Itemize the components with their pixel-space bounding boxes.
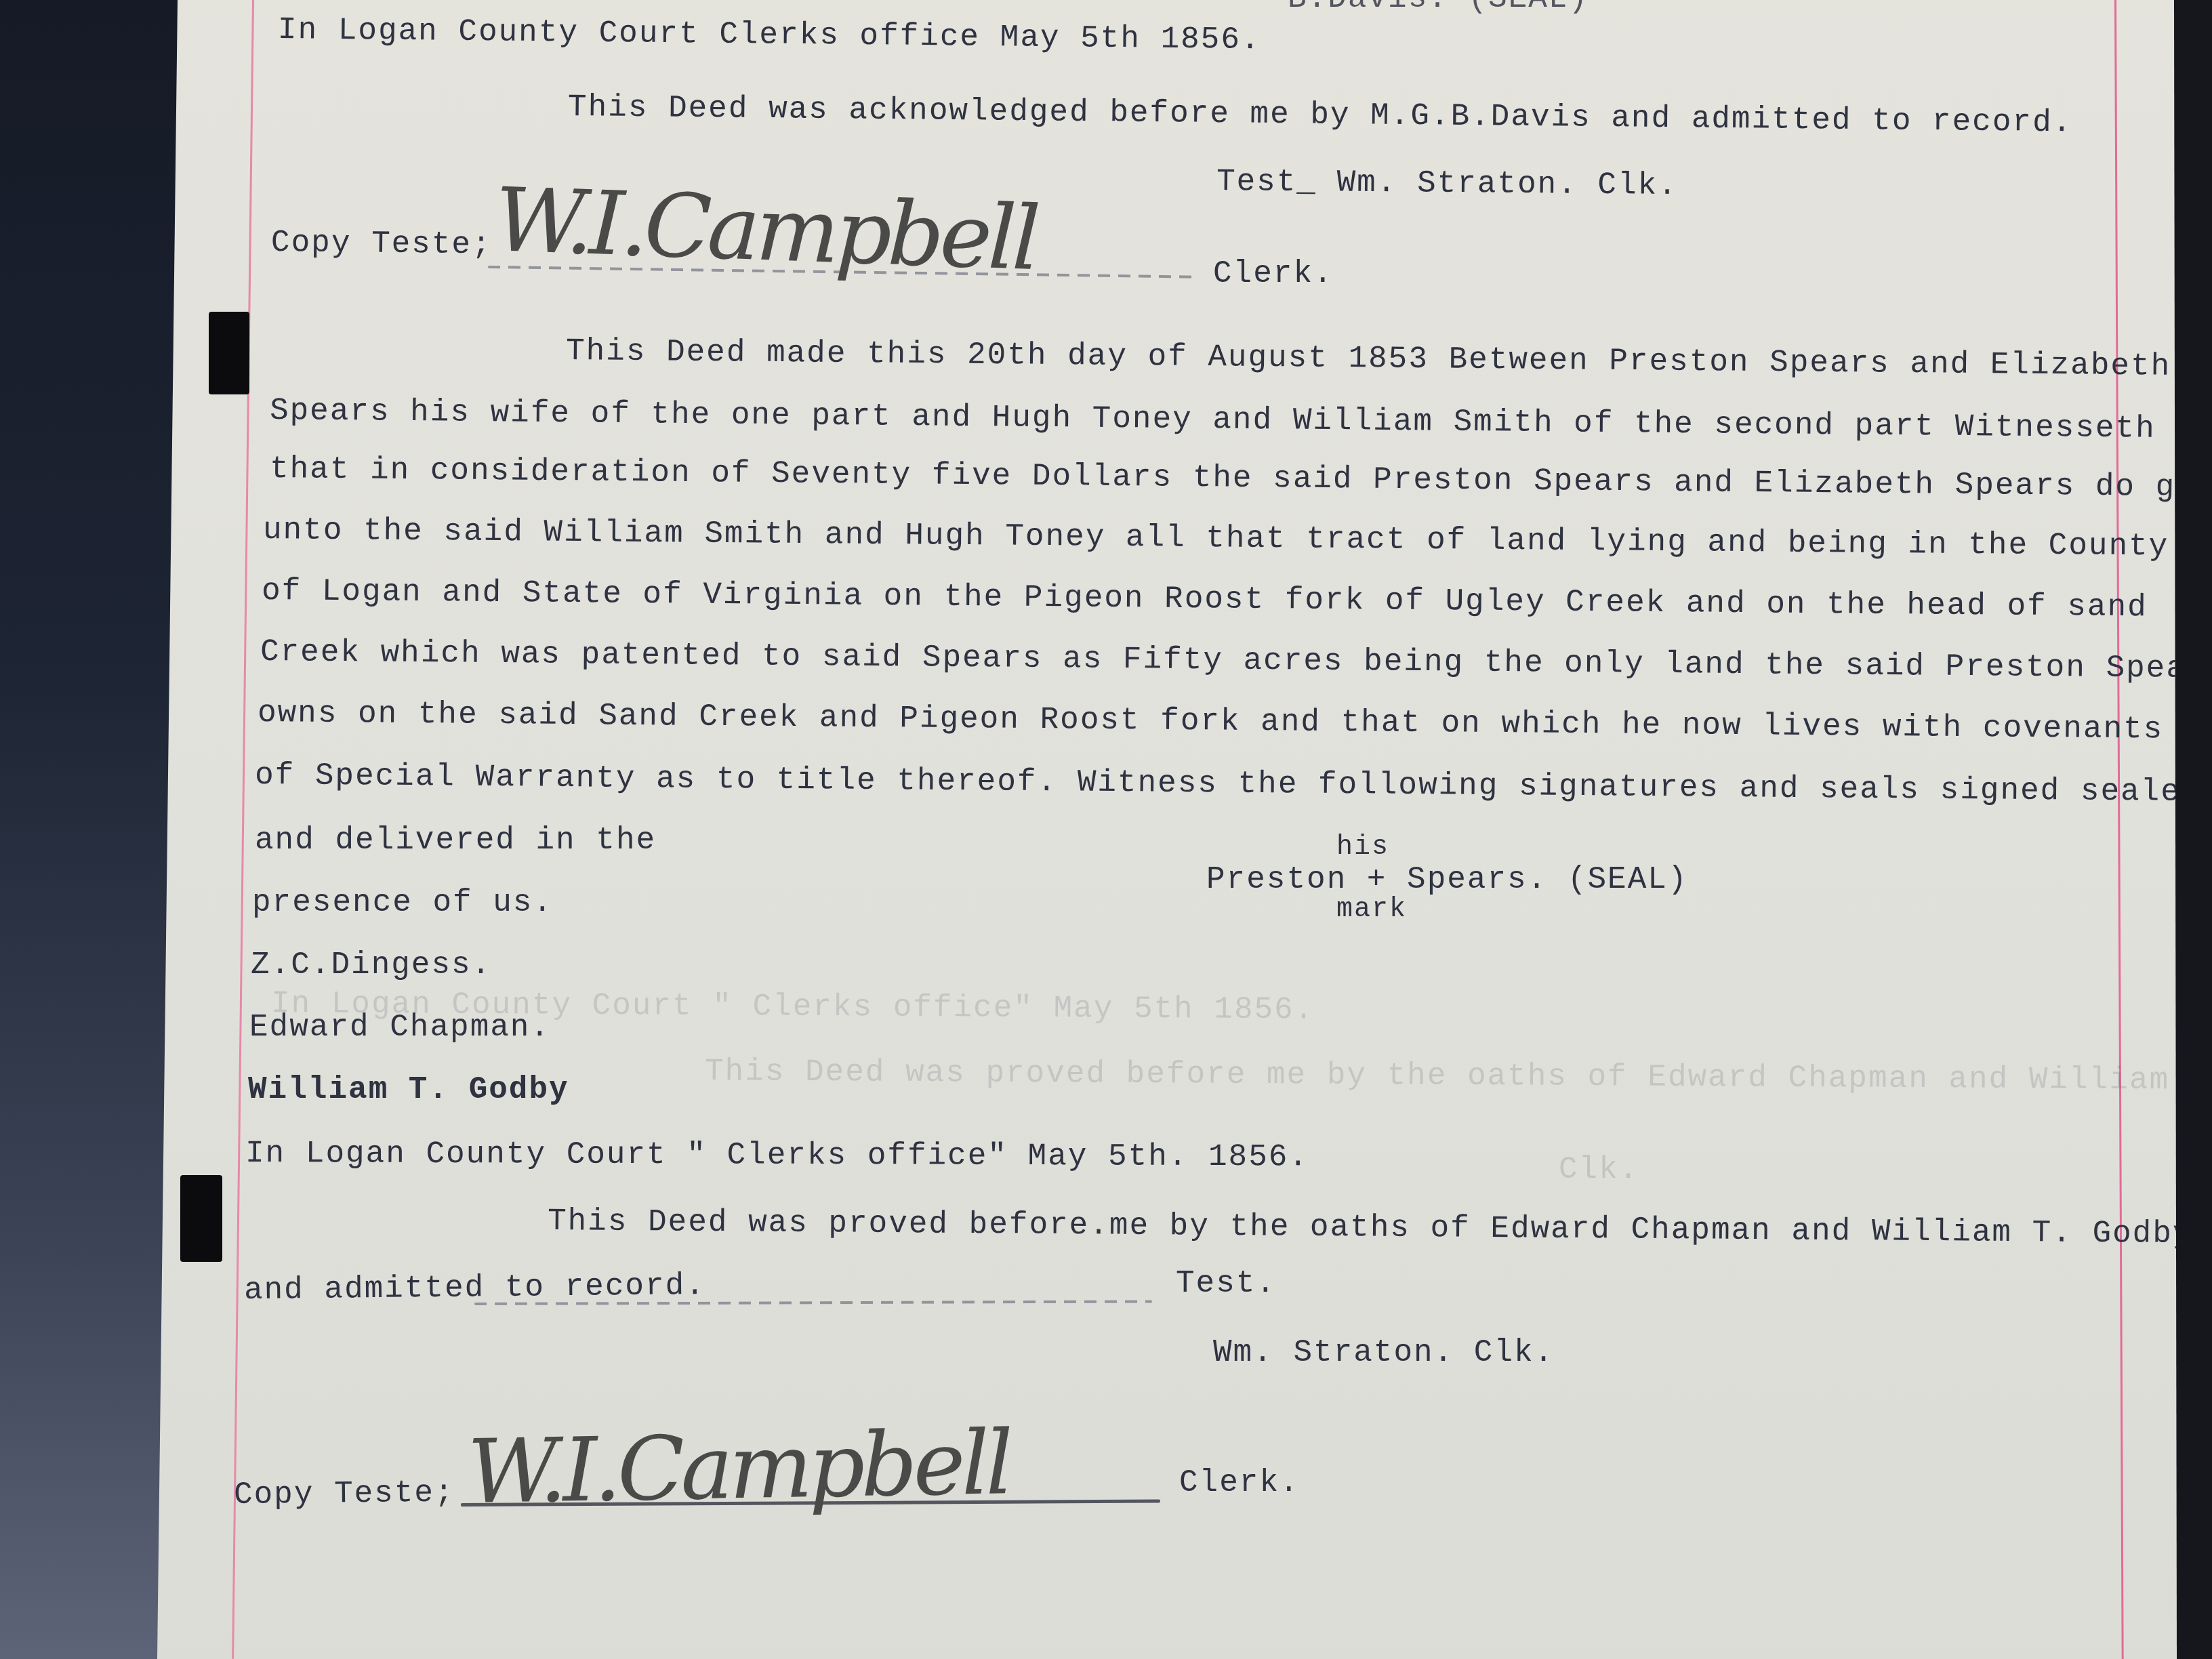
grantor-name: Preston + Spears. (SEAL) (1206, 862, 1688, 897)
binder-tab-top (209, 312, 249, 394)
document-page: In Logan County Court " Clerks office" M… (0, 0, 2212, 1659)
deed-line-7: owns on the said Sand Creek and Pigeon R… (258, 695, 2164, 747)
bleed-through-line-3: Clk. (1559, 1152, 1639, 1187)
deed-line-4: unto the said William Smith and Hugh Ton… (263, 512, 2169, 565)
record1-clerk-label: Clerk. (1213, 256, 1334, 291)
record2-filed-line: In Logan County Court " Clerks office" M… (245, 1136, 1309, 1174)
deed-line-6: Creek which was patented to said Spears … (260, 634, 2212, 687)
record1-copy-teste-label: Copy Teste; (271, 225, 492, 262)
deed-line-3: that in consideration of Seventy five Do… (270, 451, 2212, 506)
record2-proved-line: This Deed was proved before.me by the oa… (548, 1204, 2193, 1252)
deed-line-1: This Deed made this 20th day of August 1… (566, 333, 2171, 384)
grantor-his: his (1336, 832, 1389, 863)
binder-tab-bottom (180, 1175, 222, 1262)
witness-2: Edward Chapman. (249, 1010, 550, 1045)
right-margin-line (2114, 0, 2124, 1659)
record2-clerk-label: Clerk. (1179, 1465, 1300, 1500)
witness-1: Z.C.Dingess. (251, 947, 491, 983)
deed-line-8: of Special Warranty as to title thereof.… (255, 758, 2201, 810)
left-margin-line (232, 0, 254, 1659)
deed-line-5: of Logan and State of Virginia on the Pi… (262, 573, 2148, 625)
witness-3: William T. Godby (248, 1072, 569, 1107)
record1-test-line: Test_ Wm. Straton. Clk. (1216, 164, 1678, 203)
grantor-mark: mark (1336, 895, 1407, 925)
record2-clerk-line: Wm. Straton. Clk. (1213, 1335, 1554, 1370)
deed-line-2: Spears his wife of the one part and Hugh… (270, 393, 2156, 447)
record2-test-label: Test. (1176, 1266, 1276, 1301)
record2-signature: W.I.Campbell (467, 1411, 1010, 1523)
deed-line-9: and delivered in the (255, 823, 656, 858)
record2-copy-teste-label: Copy Teste; (234, 1475, 455, 1513)
top-cutoff-text: B.Davis. (SEAL) (1288, 0, 1589, 16)
deed-line-10: presence of us. (252, 885, 553, 920)
record1-filed-line: In Logan County Court Clerks office May … (278, 12, 1261, 58)
record1-acknowledged-line: This Deed was acknowledged before me by … (568, 89, 2073, 140)
bleed-through-line-2: This Deed was proved before me by the oa… (705, 1054, 2212, 1099)
record1-signature: W.I.Campbell (493, 168, 1038, 290)
